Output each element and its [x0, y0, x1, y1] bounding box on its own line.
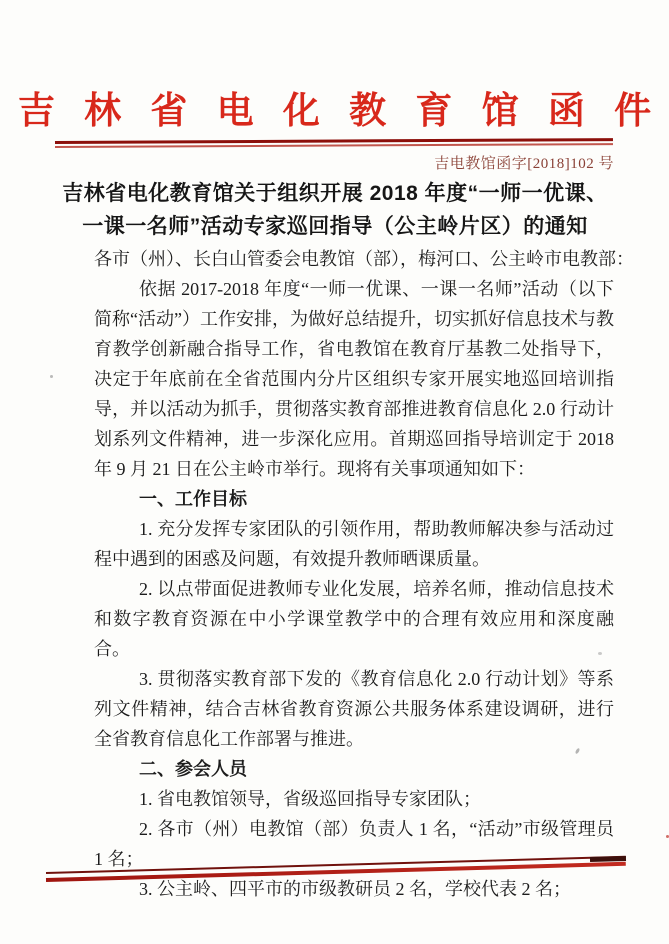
section-1-item-3: 3. 贯彻落实教育部下发的《教育信息化 2.0 行动计划》等系列文件精神，结合吉… — [94, 664, 614, 754]
scan-speck — [50, 375, 53, 378]
section-2-item-1: 1. 省电教馆领导，省级巡回指导专家团队； — [94, 784, 614, 814]
intro-paragraph: 依据 2017-2018 年度“一师一优课、一课一名师”活动（以下简称“活动”）… — [94, 274, 614, 484]
addressee-line: 各市（州）、长白山管委会电教馆（部），梅河口、公主岭市电教部： — [94, 244, 614, 274]
letterhead-red-rule — [55, 138, 613, 148]
section-1-item-2: 2. 以点带面促进教师专业化发展，培养名师，推动信息技术和数字教育资源在中小学课… — [94, 574, 614, 664]
document-body: 各市（州）、长白山管委会电教馆（部），梅河口、公主岭市电教部： 依据 2017-… — [94, 244, 614, 904]
section-2-item-3: 3. 公主岭、四平市的市级教研员 2 名，学校代表 2 名； — [94, 874, 614, 904]
letterhead-title: 吉 林 省 电 化 教 育 馆 函 件 — [0, 80, 669, 134]
notice-title: 吉林省电化教育馆关于组织开展 2018 年度“一师一优课、 一课一名师”活动专家… — [57, 177, 613, 243]
scanned-document-page: 吉 林 省 电 化 教 育 馆 函 件 吉电教馆函字[2018]102 号 吉林… — [0, 0, 669, 944]
notice-title-line-1: 吉林省电化教育馆关于组织开展 2018 年度“一师一优课、 — [57, 177, 613, 210]
notice-title-line-2: 一课一名师”活动专家巡回指导（公主岭片区）的通知 — [57, 210, 613, 243]
section-2-heading: 二、参会人员 — [94, 754, 614, 784]
section-1-heading: 一、工作目标 — [94, 484, 614, 514]
scan-speck — [598, 652, 602, 655]
document-reference-number: 吉电教馆函字[2018]102 号 — [434, 152, 614, 173]
section-1-item-1: 1. 充分发挥专家团队的引领作用，帮助教师解决参与活动过程中遇到的困惑及问题，有… — [94, 514, 614, 574]
scan-artifact-dark-end-cap — [590, 856, 626, 862]
